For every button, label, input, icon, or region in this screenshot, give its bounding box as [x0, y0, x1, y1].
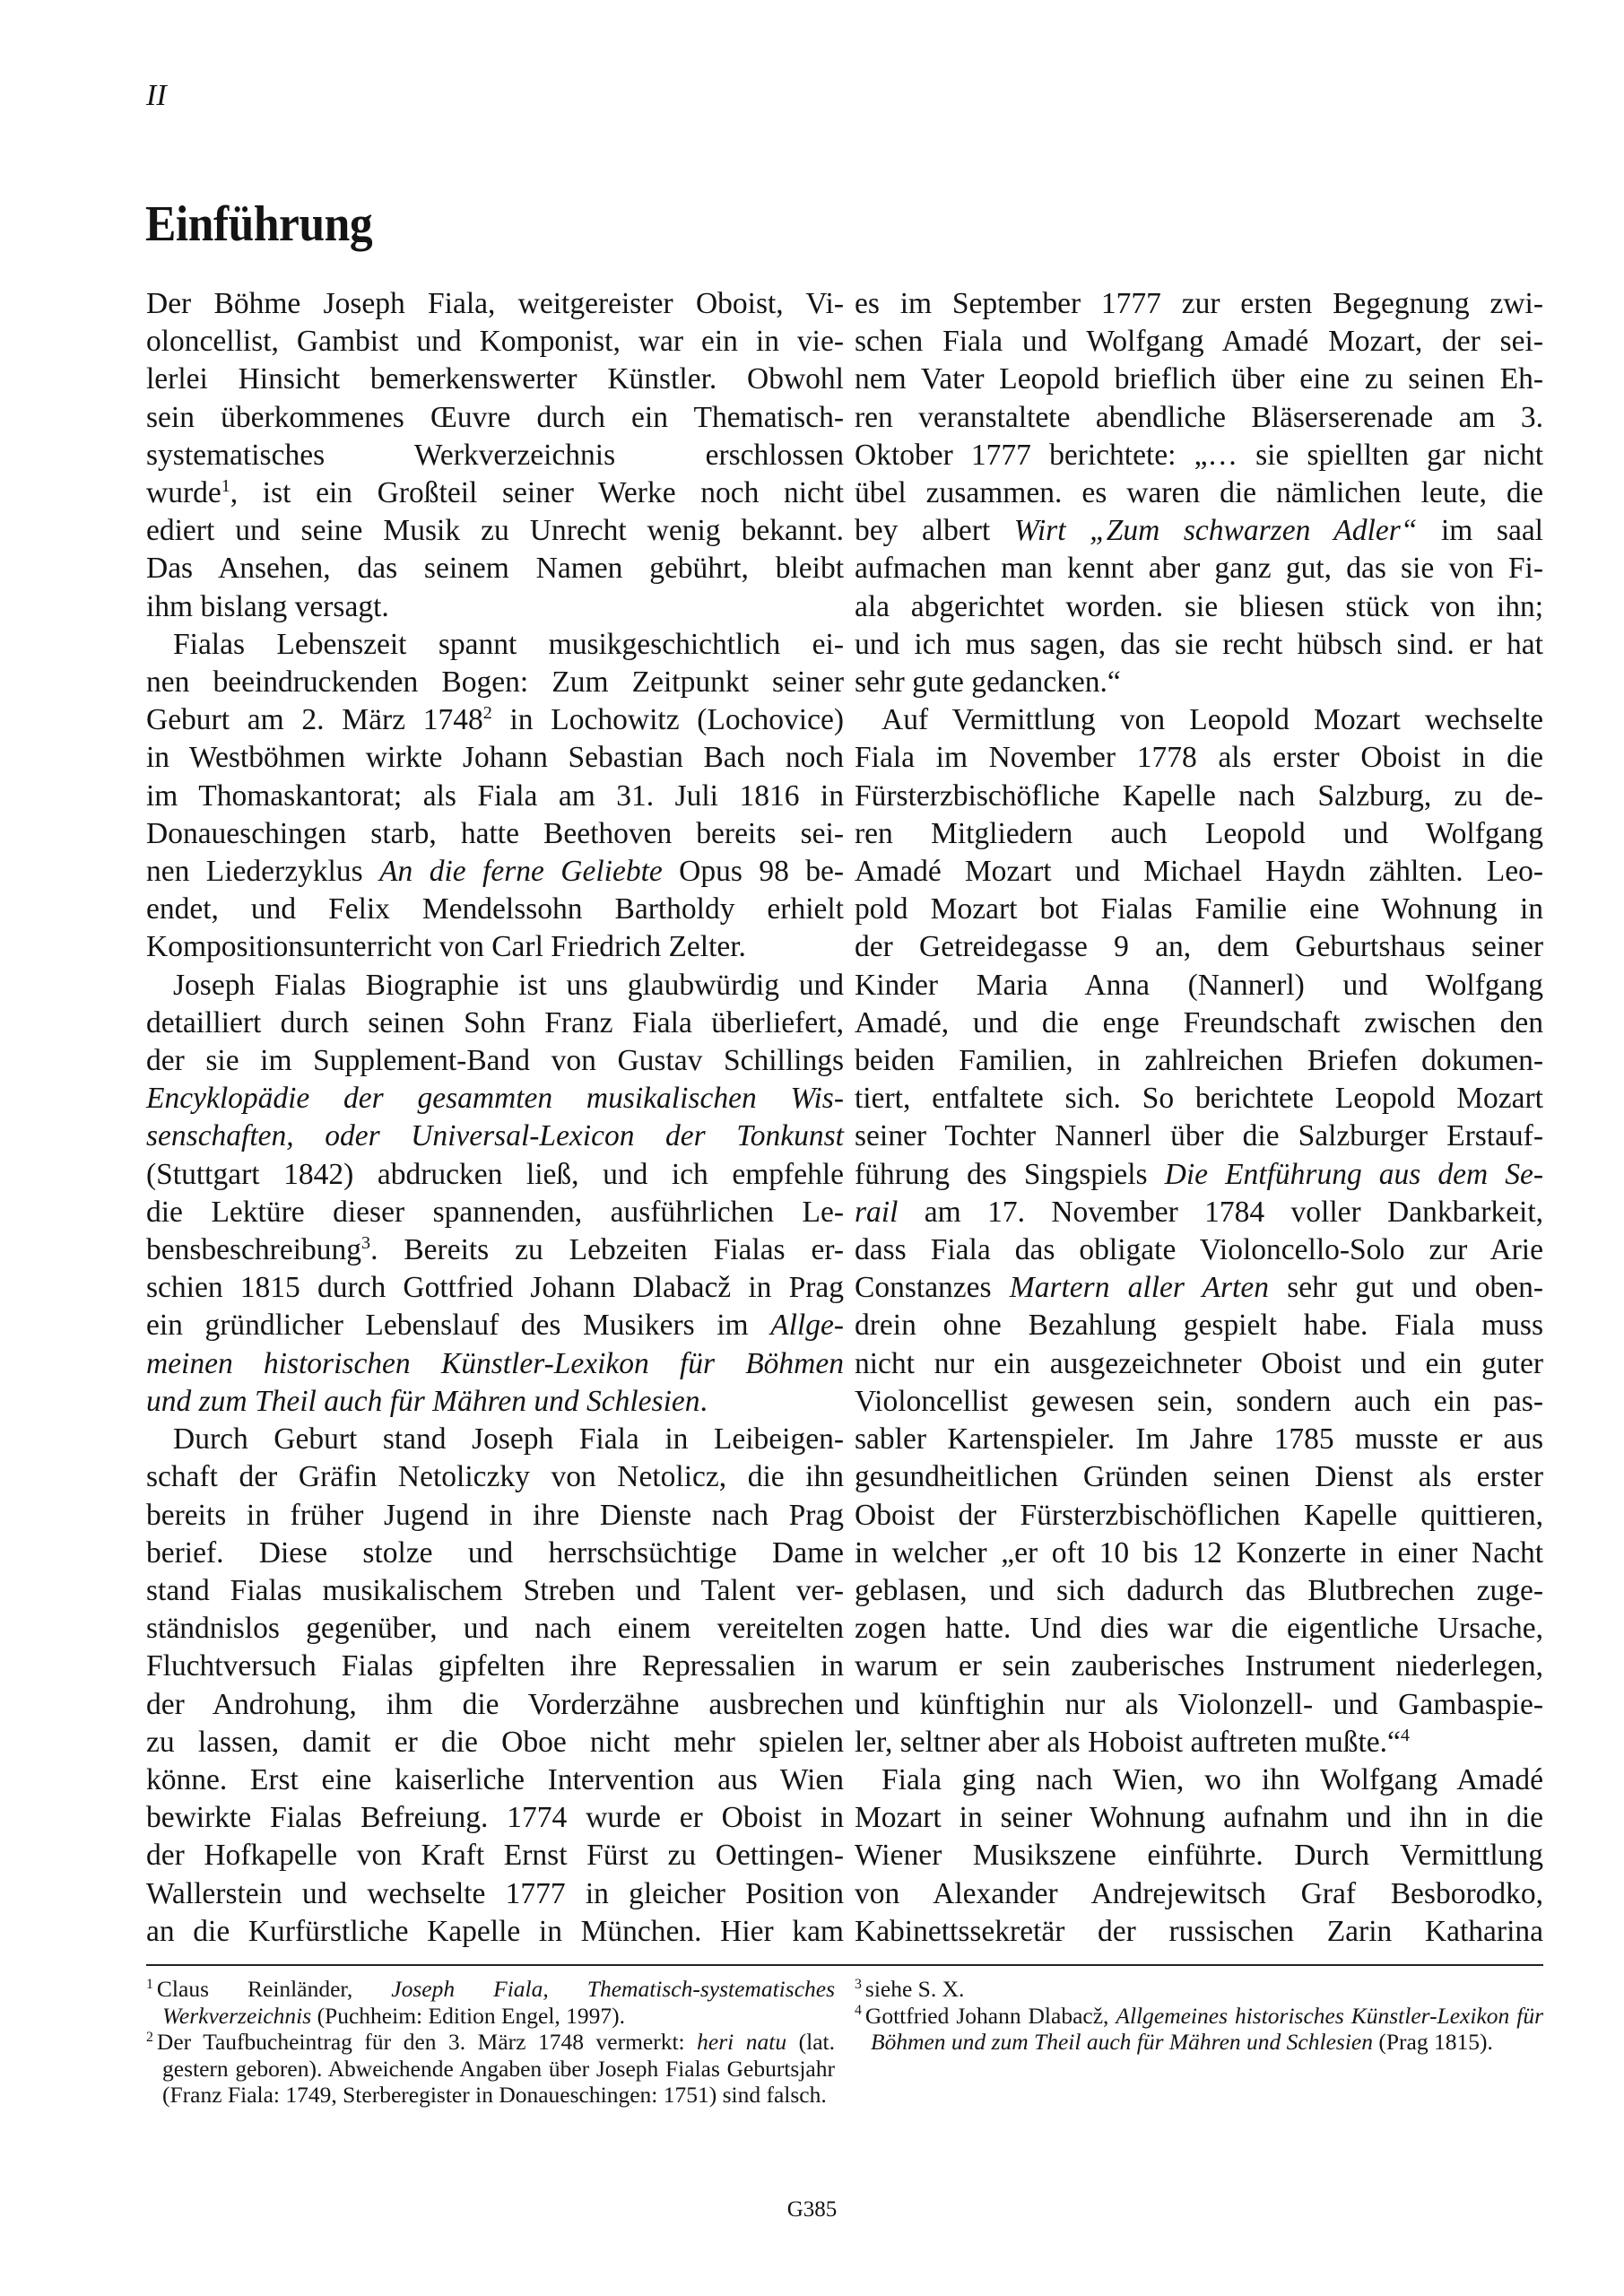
- text-line: Violoncellist gewesen sein, sondern auch…: [855, 1383, 1543, 1421]
- text-line: Fialas Lebenszeit spannt musikgeschichtl…: [146, 626, 844, 664]
- footnote-reference[interactable]: 4: [1401, 1726, 1410, 1745]
- text-line: Durch Geburt stand Joseph Fiala in Leibe…: [146, 1421, 844, 1458]
- text-line: Das Ansehen, das seinem Namen gebührt, b…: [146, 550, 844, 587]
- footnote-reference[interactable]: 1: [221, 476, 230, 496]
- text-line: Fiala ging nach Wien, wo ihn Wolfgang Am…: [855, 1761, 1543, 1799]
- text-line: detailliert durch seinen Sohn Franz Fial…: [146, 1004, 844, 1042]
- text-line: endet, und Felix Mendelssohn Bartholdy e…: [146, 891, 844, 928]
- text-line: der Androhung, ihm die Vorderzähne ausbr…: [146, 1686, 844, 1724]
- text-line: bewirkte Fialas Befreiung. 1774 wurde er…: [146, 1799, 844, 1837]
- text-line: Kabinettssekretär der russischen Zarin K…: [855, 1913, 1543, 1951]
- text-line: wurde1, ist ein Großteil seiner Werke no…: [146, 474, 844, 512]
- text-line: Mozart in seiner Wohnung aufnahm und ihn…: [855, 1799, 1543, 1837]
- text-line: oloncellist, Gambist und Komponist, war …: [146, 323, 844, 361]
- text-line: Constanzes Martern aller Arten sehr gut …: [855, 1269, 1543, 1307]
- text-line: ala abgerichtet worden. sie bliesen stüc…: [855, 588, 1543, 626]
- footnote-2: 2Der Taufbucheintrag für den 3. März 174…: [146, 2029, 835, 2109]
- text-line: Joseph Fialas Biographie ist uns glaubwü…: [146, 967, 844, 1004]
- text-line: nen beeindruckenden Bogen: Zum Zeitpunkt…: [146, 664, 844, 701]
- text-line: Fiala im November 1778 als erster Oboist…: [855, 739, 1543, 777]
- text-line: Der Böhme Joseph Fiala, weitgereister Ob…: [146, 285, 844, 323]
- text-line: ständnislos gegenüber, und nach einem ve…: [146, 1610, 844, 1648]
- text-line: ler, seltner aber als Hoboist auftreten …: [855, 1724, 1543, 1761]
- text-line: aufmachen man kennt aber ganz gut, das s…: [855, 550, 1543, 587]
- text-line: in Westböhmen wirkte Johann Sebastian Ba…: [146, 739, 844, 777]
- footnote-number: 2: [146, 2030, 153, 2045]
- footnote-number: 3: [855, 1977, 862, 1992]
- text-line: im Thomaskantorat; als Fiala am 31. Juli…: [146, 778, 844, 815]
- footnote-number: 1: [146, 1977, 153, 1992]
- italic-title: Wirt „Zum schwarzen Adler“: [1014, 514, 1418, 547]
- text-line: sehr gute gedancken.“: [855, 664, 1543, 701]
- text-line: dass Fiala das obligate Violoncello-Solo…: [855, 1231, 1543, 1269]
- text-line: der Getreidegasse 9 an, dem Geburtshaus …: [855, 928, 1543, 966]
- text-line: beiden Familien, in zahlreichen Briefen …: [855, 1042, 1543, 1080]
- text-line: nem Vater Leopold brieflich über eine zu…: [855, 361, 1543, 398]
- text-line: meinen historischen Künstler-Lexikon für…: [146, 1345, 844, 1383]
- text-line: Wallerstein und wechselte 1777 in gleich…: [146, 1875, 844, 1913]
- text-line: führung des Singspiels Die Entführung au…: [855, 1156, 1543, 1194]
- text-line: stand Fialas musikalischem Streben und T…: [146, 1572, 844, 1610]
- text-line: warum er sein zauberisches Instrument ni…: [855, 1648, 1543, 1685]
- text-line: Auf Vermittlung von Leopold Mozart wechs…: [855, 701, 1543, 739]
- italic-title: Martern aller Arten: [1010, 1271, 1269, 1304]
- text-line: bensbeschreibung3. Bereits zu Lebzeiten …: [146, 1231, 844, 1269]
- italic-title: Allge-: [770, 1309, 844, 1342]
- text-line: lerlei Hinsicht bemerkenswerter Künstler…: [146, 361, 844, 398]
- text-line: in welcher „er oft 10 bis 12 Konzerte in…: [855, 1535, 1543, 1572]
- text-line: Kompositionsunterricht von Carl Friedric…: [146, 928, 844, 966]
- footnotes-left: 1Claus Reinländer, Joseph Fiala, Themati…: [146, 1976, 835, 2109]
- text-line: es im September 1777 zur ersten Begegnun…: [855, 285, 1543, 323]
- text-line: und zum Theil auch für Mähren und Schles…: [146, 1383, 844, 1421]
- text-line: berief. Diese stolze und herrschsüchtige…: [146, 1535, 844, 1572]
- footnotes-right: 3siehe S. X.4Gottfried Johann Dlabacž, A…: [855, 1976, 1543, 2056]
- text-line: und künftighin nur als Violonzell- und G…: [855, 1686, 1543, 1724]
- text-line: ren veranstaltete abendliche Bläserseren…: [855, 399, 1543, 437]
- text-line: seiner Tochter Nannerl über die Salzburg…: [855, 1118, 1543, 1155]
- italic-title: Die Entführung aus dem Se-: [1165, 1158, 1543, 1191]
- text-line: zu lassen, damit er die Oboe nicht mehr …: [146, 1724, 844, 1761]
- text-line: Donaueschingen starb, hatte Beethoven be…: [146, 815, 844, 853]
- text-line: von Alexander Andrejewitsch Graf Besboro…: [855, 1875, 1543, 1913]
- text-line: Geburt am 2. März 17482 in Lochowitz (Lo…: [146, 701, 844, 739]
- text-line: Encyklopädie der gesammten musikalischen…: [146, 1080, 844, 1118]
- text-line: schien 1815 durch Gottfried Johann Dlaba…: [146, 1269, 844, 1307]
- text-line: ediert und seine Musik zu Unrecht wenig …: [146, 512, 844, 550]
- text-line: Amadé Mozart und Michael Haydn zählten. …: [855, 853, 1543, 891]
- page-number: G385: [0, 2197, 1624, 2222]
- text-line: rail am 17. November 1784 voller Dankbar…: [855, 1194, 1543, 1231]
- text-line: sein überkommenes Œuvre durch ein Themat…: [146, 399, 844, 437]
- text-line: der Hofkapelle von Kraft Ernst Fürst zu …: [146, 1837, 844, 1874]
- text-line: Oboist der Fürsterzbischöflichen Kapelle…: [855, 1497, 1543, 1535]
- text-line: schaft der Gräfin Netoliczky von Netolic…: [146, 1458, 844, 1496]
- footnote-3: 3siehe S. X.: [855, 1976, 1543, 2003]
- text-line: ein gründlicher Lebenslauf des Musikers …: [146, 1307, 844, 1344]
- running-head-page-numeral: II: [146, 79, 167, 113]
- footnote-1: 1Claus Reinländer, Joseph Fiala, Themati…: [146, 1976, 835, 2029]
- text-line: bey albert Wirt „Zum schwarzen Adler“ im…: [855, 512, 1543, 550]
- text-line: tiert, entfaltete sich. So berichtete Le…: [855, 1080, 1543, 1118]
- text-line: Amadé, und die enge Freundschaft zwische…: [855, 1004, 1543, 1042]
- text-line: Fluchtversuch Fialas gipfelten ihre Repr…: [146, 1648, 844, 1685]
- italic-title: und zum Theil auch für Mähren und Schles…: [146, 1385, 700, 1418]
- footnote-reference[interactable]: 2: [483, 703, 492, 723]
- body-column-left: Der Böhme Joseph Fiala, weitgereister Ob…: [146, 285, 844, 1951]
- footnote-separator-rule: [146, 1964, 1543, 1966]
- text-line: zogen hatte. Und dies war die eigentlich…: [855, 1610, 1543, 1648]
- text-line: ihm bislang versagt.: [146, 588, 844, 626]
- italic-title: Encyklopädie der gesammten musikalischen…: [146, 1082, 844, 1115]
- text-line: an die Kurfürstliche Kapelle in München.…: [146, 1913, 844, 1951]
- italic-title: meinen historischen Künstler-Lexikon für…: [146, 1347, 844, 1380]
- text-line: senschaften, oder Universal-Lexicon der …: [146, 1118, 844, 1155]
- text-line: schen Fiala und Wolfgang Amadé Mozart, d…: [855, 323, 1543, 361]
- text-line: gesundheitlichen Gründen seinen Dienst a…: [855, 1458, 1543, 1496]
- body-column-right: es im September 1777 zur ersten Begegnun…: [855, 285, 1543, 1951]
- text-line: bereits in früher Jugend in ihre Dienste…: [146, 1497, 844, 1535]
- italic-title: Joseph Fiala, Thematisch-systematisches …: [162, 1976, 835, 2029]
- italic-title: An die ferne Geliebte: [379, 855, 663, 888]
- text-line: Kinder Maria Anna (Nannerl) und Wolfgang: [855, 967, 1543, 1004]
- italic-title: heri natu: [697, 2029, 786, 2055]
- footnote-reference[interactable]: 3: [361, 1233, 370, 1253]
- text-line: und ich mus sagen, das sie recht hübsch …: [855, 626, 1543, 664]
- text-line: systematisches Werkverzeichnis erschloss…: [146, 437, 844, 474]
- text-line: pold Mozart bot Fialas Familie eine Wohn…: [855, 891, 1543, 928]
- text-line: Wiener Musikszene einführte. Durch Vermi…: [855, 1837, 1543, 1874]
- text-line: sabler Kartenspieler. Im Jahre 1785 muss…: [855, 1421, 1543, 1458]
- text-line: Oktober 1777 berichtete: „… sie spiellte…: [855, 437, 1543, 474]
- chapter-title: Einführung: [145, 196, 372, 253]
- footnote-number: 4: [855, 2003, 862, 2018]
- text-line: geblasen, und sich dadurch das Blutbrech…: [855, 1572, 1543, 1610]
- text-line: nen Liederzyklus An die ferne Geliebte O…: [146, 853, 844, 891]
- text-line: der sie im Supplement-Band von Gustav Sc…: [146, 1042, 844, 1080]
- text-line: nicht nur ein ausgezeichneter Oboist und…: [855, 1345, 1543, 1383]
- text-line: die Lektüre dieser spannenden, ausführli…: [146, 1194, 844, 1231]
- text-line: Fürsterzbischöfliche Kapelle nach Salzbu…: [855, 778, 1543, 815]
- italic-title: senschaften, oder Universal-Lexicon der …: [146, 1119, 844, 1152]
- italic-title: rail: [855, 1196, 898, 1229]
- text-line: (Stuttgart 1842) abdrucken ließ, und ich…: [146, 1156, 844, 1194]
- text-line: ren Mitgliedern auch Leopold und Wolfgan…: [855, 815, 1543, 853]
- italic-title: Allgemeines historisches Künstler-Lexiko…: [871, 2003, 1543, 2056]
- footnote-4: 4Gottfried Johann Dlabacž, Allgemeines h…: [855, 2003, 1543, 2056]
- text-line: könne. Erst eine kaiserliche Interventio…: [146, 1761, 844, 1799]
- text-line: drein ohne Bezahlung gespielt habe. Fial…: [855, 1307, 1543, 1344]
- text-line: übel zusammen. es waren die nämlichen le…: [855, 474, 1543, 512]
